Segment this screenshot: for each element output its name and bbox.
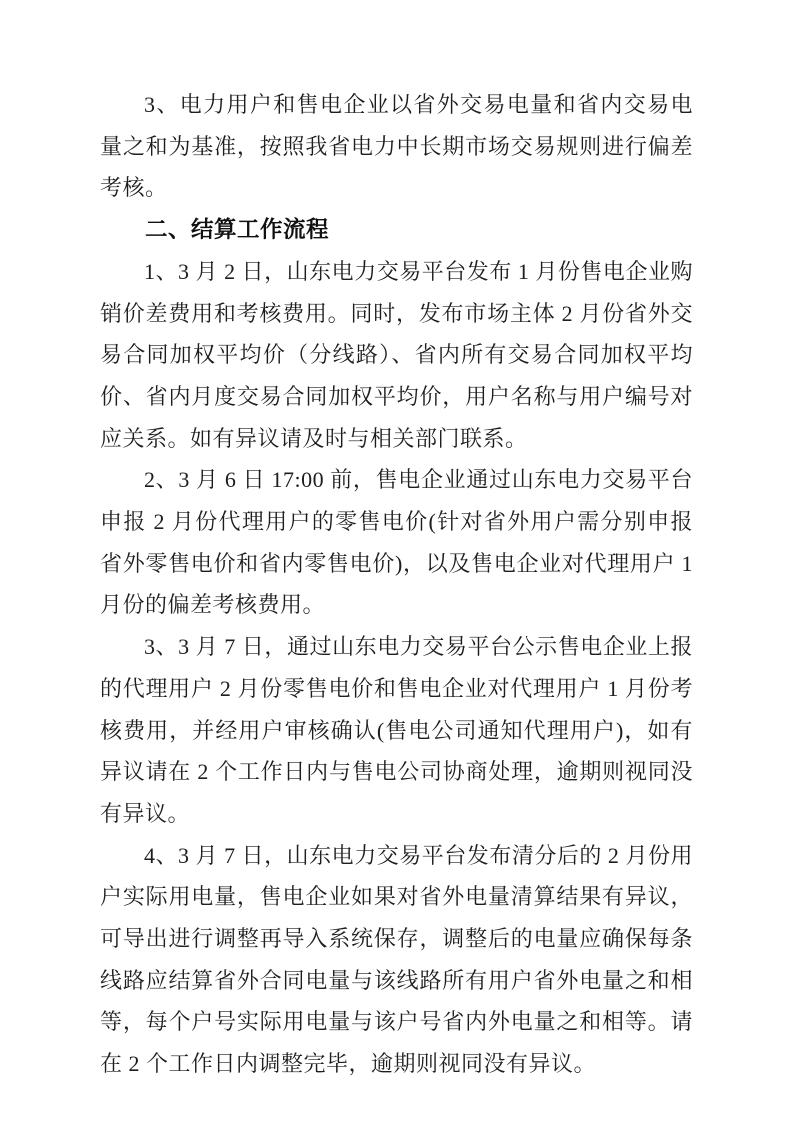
section-heading: 二、结算工作流程 [100, 209, 693, 251]
paragraph-step-1: 1、3 月 2 日，山东电力交易平台发布 1 月份售电企业购销价差费用和考核费用… [100, 251, 693, 460]
document-body: 3、电力用户和售电企业以省外交易电量和省内交易电量之和为基准，按照我省电力中长期… [100, 84, 693, 1085]
paragraph-step-3: 3、3 月 7 日，通过山东电力交易平台公示售电企业上报的代理用户 2 月份零售… [100, 626, 693, 835]
paragraph-step-2: 2、3 月 6 日 17:00 前，售电企业通过山东电力交易平台申报 2 月份代… [100, 459, 693, 626]
paragraph-intro: 3、电力用户和售电企业以省外交易电量和省内交易电量之和为基准，按照我省电力中长期… [100, 84, 693, 209]
paragraph-step-4: 4、3 月 7 日，山东电力交易平台发布清分后的 2 月份用户实际用电量，售电企… [100, 835, 693, 1085]
document-page: 3、电力用户和售电企业以省外交易电量和省内交易电量之和为基准，按照我省电力中长期… [0, 0, 793, 1122]
